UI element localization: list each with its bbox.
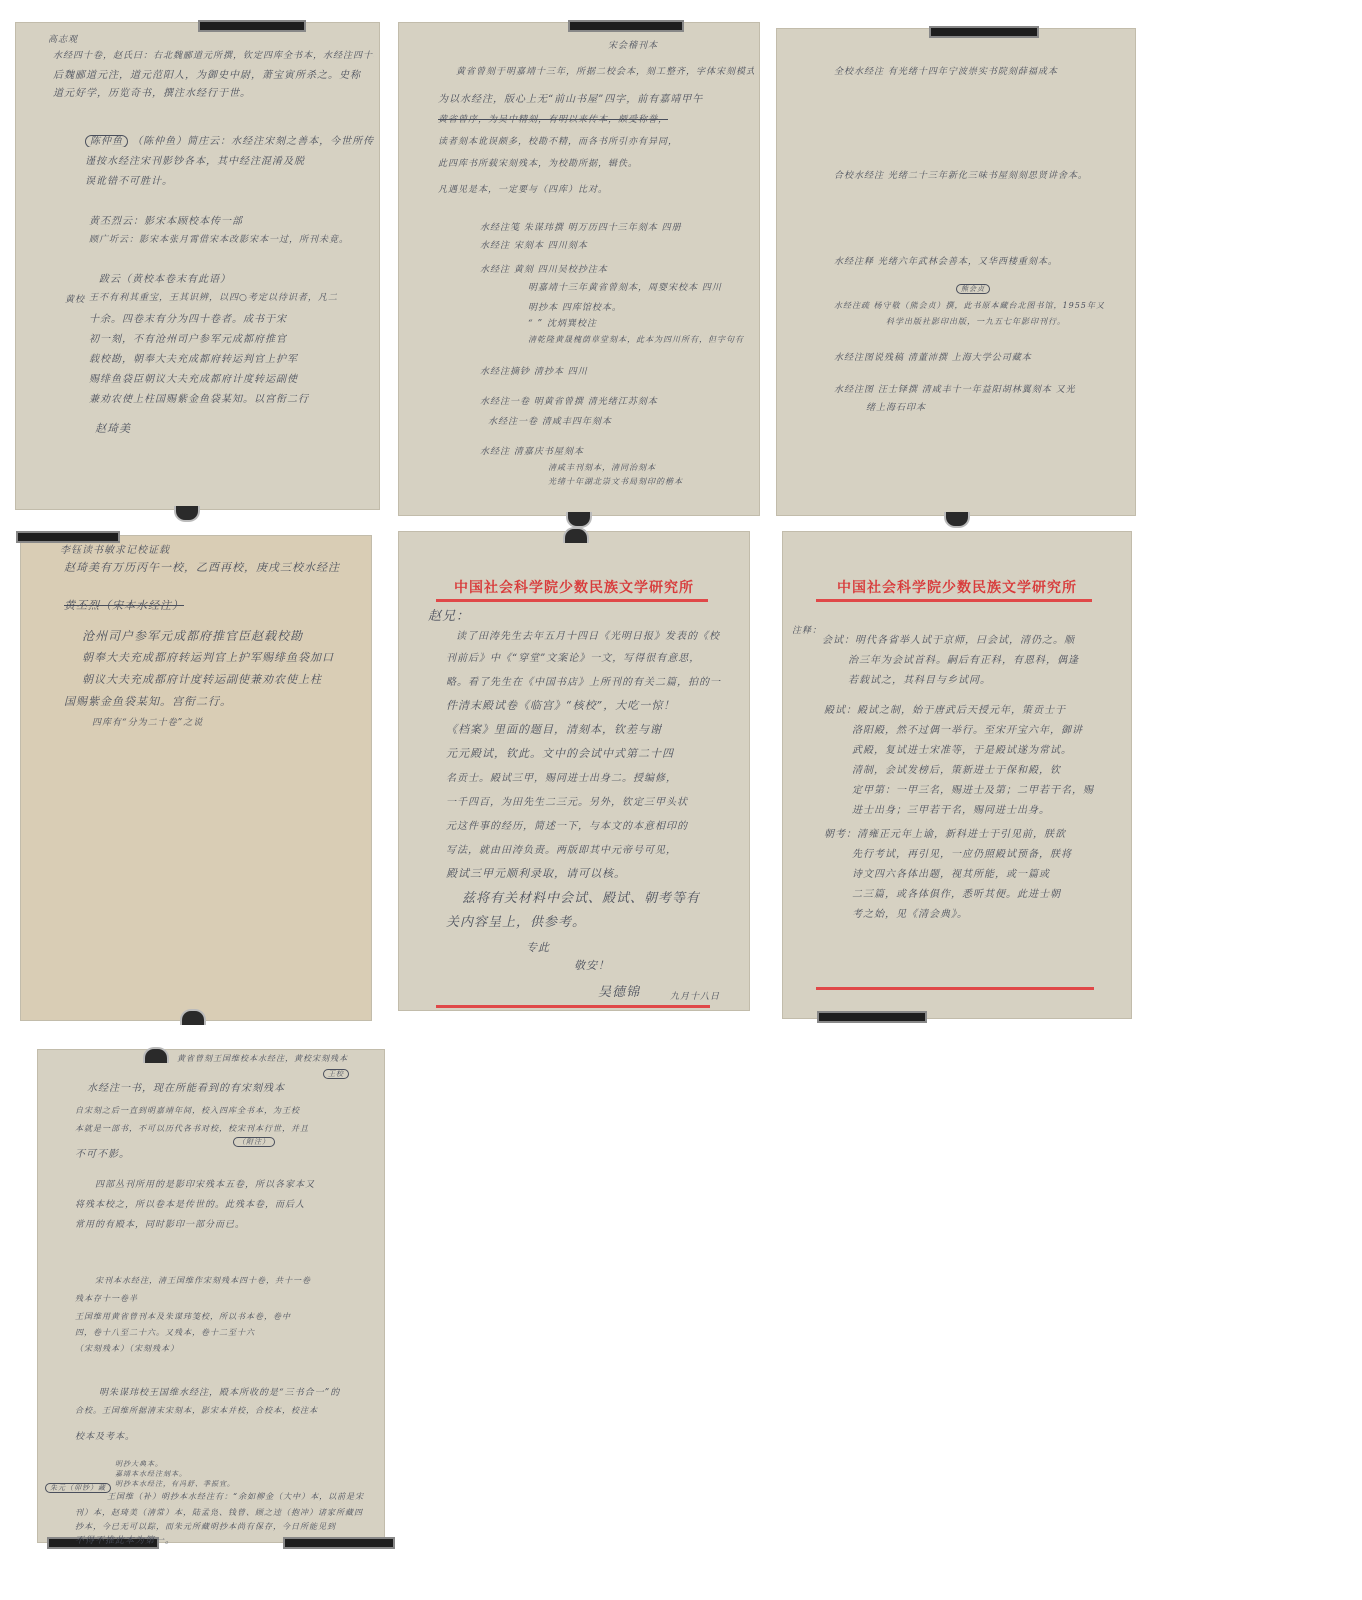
handwritten-line: 明抄本 四库馆校本。 xyxy=(528,300,622,313)
handwritten-line: 后魏郦道元注，道元范阳人，为御史中尉，萧宝寅所杀之。史称 xyxy=(53,66,361,81)
notes-label: 注释： xyxy=(792,623,822,636)
handwritten-line: 跋云（黄校本卷末有此语） xyxy=(99,270,231,285)
handwritten-line: 嘉靖本水经注刻本。 xyxy=(115,1469,187,1479)
handwritten-line: 水经注一卷 明黄省曾撰 清光绪江苏刻本 xyxy=(480,394,658,407)
letter-line: 写法，就由田涛负责。两版即其中元帝号可见， xyxy=(446,841,677,856)
handwritten-line: 赵琦美 xyxy=(95,420,131,436)
manuscript-page-7: 黄省曾刻王国维校本水经注，黄校宋刻残本 王校 水经注一书，现在所能看到的有宋刻残… xyxy=(37,1049,385,1543)
handwritten-line: 科学出版社影印出版，一九五七年影印刊行。 xyxy=(886,316,1066,327)
notes-line: 会试：明代各省举人试于京师，曰会试，清仍之。顺 xyxy=(822,631,1075,646)
handwritten-line: 明抄大典本。 xyxy=(115,1459,163,1469)
handwritten-line: 明朱谋玮校王国维水经注，殿本所收的是“三书合一”的 xyxy=(99,1385,340,1398)
handwritten-line: 校本及考本。 xyxy=(75,1429,135,1442)
handwritten-line: 水经注图说残稿 清董沛撰 上海大学公司藏本 xyxy=(834,350,1032,363)
handwritten-line: 不可不影。 xyxy=(75,1145,130,1160)
letter-date: 九月十八日 xyxy=(670,989,720,1002)
handwritten-line: （宋刻残本）（宋刻残本） xyxy=(75,1343,179,1354)
notes-line: 洛阳殿，然不过偶一举行。至宋开宝六年，御讲 xyxy=(852,721,1083,736)
letter-page-1: 中国社会科学院少数民族文学研究所 赵兄： 读了田涛先生去年五月十四日《光明日报》… xyxy=(398,531,750,1011)
handwritten-line: 水经注一书，现在所能看到的有宋刻残本 xyxy=(87,1079,285,1094)
handwritten-line: 水经四十卷，赵氏曰：右北魏郦道元所撰，钦定四库全书本，水经注四十卷（素本，通行本… xyxy=(53,48,374,61)
handwritten-line: 王国维用黄省曾刊本及朱谋玮笺校，所以书本卷，卷中 xyxy=(75,1311,291,1322)
page-heading: 高志观 xyxy=(48,32,78,45)
handwritten-line: 朝奉大夫充成都府转运判官上护军赐绯鱼袋加口 xyxy=(82,649,334,665)
handwritten-line: 水经注图 汪士铎撰 清咸丰十一年益阳胡林翼刻本 又光 xyxy=(834,382,1076,395)
handwritten-line: “ ” 沈炳巽校注 xyxy=(528,316,597,329)
handwritten-line: 绪上海石印本 xyxy=(866,400,926,413)
handwritten-line: 兼劝农使上柱国赐紫金鱼袋某知。以宫衔二行 xyxy=(89,390,309,405)
page-heading: 宋会稽刊本 xyxy=(608,38,658,51)
handwritten-line: 陈仲鱼 （陈仲鱼）简庄云：水经注宋刻之善本，今世所传者， xyxy=(85,132,374,147)
handwritten-line: 常用的有殿本，同时影印一部分而已。 xyxy=(75,1217,245,1230)
binder-ring xyxy=(566,512,592,528)
handwritten-line: 四，卷十八至二十六。又残本，卷十二至十六 xyxy=(75,1327,255,1338)
letter-line: 兹将有关材料中会试、殿试、朝考等有 xyxy=(462,887,700,906)
handwritten-line: 将残本校之，所以卷本是传世的。此残本卷，而后人 xyxy=(75,1197,305,1210)
notes-line: 二三篇，或各体俱作，悉听其便。此进士朝 xyxy=(852,885,1061,900)
handwritten-line: 刊）本，赵琦美（清常）本，陆孟凫、钱曾、顾之逵（抱冲）诸家所藏四 xyxy=(75,1507,363,1518)
handwritten-line: 凡遇见是本，一定要与（四库）比对。 xyxy=(438,182,608,195)
handwritten-line: 明嘉靖十三年黄省曾刻本，周婴宋校本 四川 xyxy=(528,280,722,293)
handwritten-line: 清乾隆黄晟槐荫草堂刻本，此本为四川所有，但字句有 xyxy=(528,334,744,345)
letter-line: 一千四百，为田先生二三元。另外，钦定三甲头状 xyxy=(446,793,688,808)
margin-note: 王校 xyxy=(323,1069,349,1079)
handwritten-line: 国赐紫金鱼袋某知。宫衔二行。 xyxy=(64,693,232,709)
letter-line: 殿试三甲元顺利录取，请可以核。 xyxy=(446,865,626,881)
handwritten-line: 残本存十一卷半 xyxy=(75,1293,138,1304)
handwritten-line: 王国维（补）明抄本水经注有：“余如柳金（大中）本，以前是宋 xyxy=(107,1491,364,1502)
handwritten-line: 读者刻本讹误颇多，校勘不精，而各书所引亦有异同， xyxy=(438,134,678,147)
binder-ring xyxy=(944,512,970,528)
handwritten-line: 为以水经注，版心上无“前山书屋”四字，前有嘉靖甲午 xyxy=(438,90,703,105)
handwritten-line: 本就是一部书，不可以历代各书对校，校宋刊本行世，并且 xyxy=(75,1123,309,1134)
binder-ring xyxy=(563,527,589,543)
binder-ring xyxy=(143,1047,169,1063)
handwritten-line: 此四库书所载宋刻残本，为校勘所据，辑佚。 xyxy=(438,156,638,169)
letter-line: 《档案》里面的题目，清刻本，钦差与谢 xyxy=(446,721,662,737)
notes-line: 考之始，见《清会典》。 xyxy=(852,905,968,920)
binder-ring xyxy=(174,506,200,522)
handwritten-line: 载校勘，朝奉大夫充成都府转运判官上护军 xyxy=(89,350,298,365)
letter-line: 元这件事的经历，简述一下，与本文的本意相印的 xyxy=(446,817,688,832)
handwritten-line: 水经注 清嘉庆书屋刻本 xyxy=(480,444,584,457)
handwritten-line: 合校。王国维所据清末宋刻本，影宋本并校，合校本，校注本 xyxy=(75,1405,318,1416)
letterhead-title: 中国社会科学院少数民族文学研究所 xyxy=(782,577,1132,597)
handwritten-line: 黄丕烈（宋本水经注） xyxy=(64,597,184,613)
handwritten-line: 水经注释 光绪六年武林会善本，又华西楼重刻本。 xyxy=(834,254,1058,267)
handwritten-line: 黄丕烈云：影宋本顾校本传一部 xyxy=(89,212,243,227)
letterhead-title: 中国社会科学院少数民族文学研究所 xyxy=(398,577,750,597)
handwritten-line: 合校水经注 光绪二十三年新化三味书屋刻刻思贤讲舍本。 xyxy=(834,168,1088,181)
handwritten-line: 清咸丰刊刻本，清同治刻本 xyxy=(548,462,656,473)
handwritten-line: 宋刊本水经注，清王国维作宋刻残本四十卷，共十一卷 xyxy=(95,1275,311,1286)
binder-clip xyxy=(568,20,684,32)
handwritten-line: 水经注摘钞 清抄本 四川 xyxy=(480,364,588,377)
handwritten-line: 四部丛刊所用的是影印宋残本五卷，所以各家本又 xyxy=(95,1177,315,1190)
notes-line: 先行考试，再引见，一应仍照殿试预备，朕将 xyxy=(852,845,1072,860)
binder-clip xyxy=(817,1011,927,1023)
handwritten-line: 朝议大夫充成都府计度转运副使兼劝农使上柱 xyxy=(82,671,322,687)
handwritten-line: 自宋刻之后一直到明嘉靖年间，校入四库全书本，为王校 xyxy=(75,1105,300,1116)
manuscript-page-1: 高志观 水经四十卷，赵氏曰：右北魏郦道元所撰，钦定四库全书本，水经注四十卷（素本… xyxy=(15,22,380,510)
handwritten-line: 谨按水经注宋刊影钞各本，其中经注混淆及脱 xyxy=(85,152,305,167)
handwritten-line: 抄本，今已无可以踪，而朱元所藏明抄本尚有保存，今日所能见到 xyxy=(75,1521,336,1532)
notes-line: 治三年为会试首科。嗣后有正科，有恩科，偶逢 xyxy=(848,651,1079,666)
handwritten-line: 明抄本水经注，有冯舒、季振宜。 xyxy=(115,1479,235,1489)
binder-clip xyxy=(929,26,1039,38)
handwritten-line: 水经注笺 朱谋玮撰 明万历四十三年刻本 四册 xyxy=(480,220,682,233)
margin-note: 熊会贞 xyxy=(956,284,990,294)
handwritten-line: 水经注疏 杨守敬（熊会贞）撰，此书原本藏台北图书馆，1955年又 xyxy=(834,300,1105,311)
letter-line: 刊前后》中《“穿堂”文案论》一文，写得很有意思， xyxy=(446,649,700,664)
letter-line: 关内容呈上，供参考。 xyxy=(446,911,586,930)
handwritten-line: 光绪十年湖北崇文书局刻印的楷本 xyxy=(548,476,683,487)
letter-closing: 专此 xyxy=(526,939,550,955)
letterhead-rule xyxy=(816,599,1092,602)
handwritten-line: 初一刻，不有沧州司户参军元成都府推官 xyxy=(89,330,287,345)
handwritten-line: 沧州司户参军元成都府推官臣赵载校勘 xyxy=(82,627,303,644)
handwritten-line: 水经注一卷 清咸丰四年刻本 xyxy=(488,414,612,427)
letter-salutation: 赵兄： xyxy=(428,605,470,624)
footer-rule xyxy=(816,987,1094,990)
notes-line: 进士出身；三甲若干名，赐同进士出身。 xyxy=(852,801,1050,816)
handwritten-line: 水经注 宋刻本 四川刻本 xyxy=(480,238,588,251)
letter-regards: 敬安！ xyxy=(574,957,610,973)
manuscript-page-4: 李钰读书敏求记校证载 赵琦美有万历丙午一校，乙酉再校，庚戌三校水经注 黄丕烈（宋… xyxy=(20,535,372,1021)
margin-note: 黄校 xyxy=(65,292,85,305)
handwritten-line: 道元好学，历览奇书，撰注水经行于世。 xyxy=(53,84,251,99)
handwritten-line: 赐绯鱼袋臣朝议大夫充成都府计度转运副使 xyxy=(89,370,298,385)
handwritten-line: 王不有利其重宝，王其识辨，以四○考定以待识者，凡二 xyxy=(89,290,338,303)
notes-line: 武殿，复试进士宋准等，于是殿试遂为常试。 xyxy=(852,741,1072,756)
margin-note: （附注） xyxy=(233,1137,275,1147)
letter-line: 读了田涛先生去年五月十四日《光明日报》发表的《校 xyxy=(456,627,720,642)
letter-line: 件清末殿试卷《临宫》“核校”，大吃一惊！ xyxy=(446,697,675,713)
handwritten-line: 全校水经注 有光绪十四年宁波崇实书院刻薛福成本 xyxy=(834,64,1058,77)
manuscript-page-3: 全校水经注 有光绪十四年宁波崇实书院刻薛福成本 合校水经注 光绪二十三年新化三味… xyxy=(776,28,1136,516)
handwritten-line: 十余。四卷末有分为四十卷者。成书于宋 xyxy=(89,310,287,325)
handwritten-line: 四库有“分为二十卷”之说 xyxy=(92,715,203,728)
notes-line: 诗文四六各体出题，视其所能，或一篇或 xyxy=(852,865,1050,880)
handwritten-line: 顾广圻云：影宋本张月霄借宋本改影宋本一过，所刊未竟。 xyxy=(89,232,349,245)
letter-signature: 吴德锦 xyxy=(598,981,640,1000)
letter-page-2: 中国社会科学院少数民族文学研究所 注释： 会试：明代各省举人试于京师，曰会试，清… xyxy=(782,531,1132,1019)
manuscript-page-2: 宋会稽刊本 黄省曾刻于明嘉靖十三年，所据二校会本，刻工整齐，字体宋刻模式，无 为… xyxy=(398,22,760,516)
letter-line: 元元殿试，钦此。文中的会试中式第二十四 xyxy=(446,745,674,761)
handwritten-line: 水经注 黄刻 四川吴校抄注本 xyxy=(480,262,608,275)
handwritten-line: 赵琦美有万历丙午一校，乙酉再校，庚戌三校水经注 xyxy=(64,559,340,575)
letter-line: 略。看了先生在《中国书店》上所刊的有关二篇，拍的一 xyxy=(446,673,721,688)
handwritten-line: 李钰读书敏求记校证载 xyxy=(60,541,170,556)
handwritten-line: 误讹错不可胜计。 xyxy=(85,172,173,187)
footer-rule xyxy=(436,1005,710,1008)
notes-line: 定甲第：一甲三名，赐进士及第；二甲若干名，赐 xyxy=(852,781,1094,796)
binder-clip xyxy=(283,1537,395,1549)
binder-ring xyxy=(180,1009,206,1025)
notes-line: 朝考：清雍正元年上谕，新科进士于引见前，朕欲 xyxy=(824,825,1066,840)
handwritten-line: 不得不推此本为第一。 xyxy=(75,1533,175,1546)
page-heading: 黄省曾刻王国维校本水经注，黄校宋刻残本 xyxy=(177,1053,348,1064)
margin-note: 朱元（卯钞）藏 xyxy=(45,1483,111,1493)
handwritten-line: 黄省曾刻于明嘉靖十三年，所据二校会本，刻工整齐，字体宋刻模式，无 xyxy=(456,64,754,77)
notes-line: 清制，会试发榜后，策新进士于保和殿，钦 xyxy=(852,761,1061,776)
handwritten-line: 黄省曾序，为吴中精刻，有明以来传本，颇受称誉， xyxy=(438,112,668,125)
binder-clip xyxy=(198,20,306,32)
letterhead-rule xyxy=(436,599,708,602)
notes-line: 殿试：殿试之制，始于唐武后天授元年，策贡士于 xyxy=(824,701,1066,716)
notes-line: 若载试之，其科目与乡试同。 xyxy=(848,671,991,686)
letter-line: 名贡士。殿试三甲，赐同进士出身二。授编修， xyxy=(446,769,677,784)
